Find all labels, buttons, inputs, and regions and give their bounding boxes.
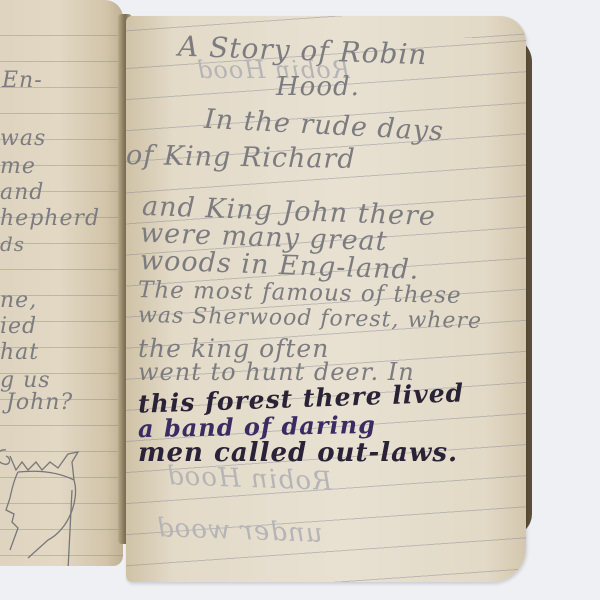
profile-sketch-icon xyxy=(0,440,98,566)
left-fragment: hat xyxy=(0,340,39,365)
left-fragment: hepherd xyxy=(0,206,100,231)
left-fragment: John? xyxy=(6,390,73,415)
left-fragment: ne, xyxy=(0,288,37,313)
bleedthrough-text: under wood xyxy=(156,513,323,549)
story-line-ink: men called out-laws. xyxy=(138,438,458,468)
story-title-line2: Hood. xyxy=(276,72,360,102)
notebook-photo: En- was me and hepherd ds ne, ied hat g … xyxy=(0,0,600,600)
left-fragment: me xyxy=(0,154,36,179)
story-line: of King Richard xyxy=(126,140,356,175)
right-page: Robin Hood Robin Hood under wood A Story… xyxy=(126,16,526,582)
left-fragment: ds xyxy=(0,232,25,256)
left-fragment: ied xyxy=(0,314,37,339)
left-fragment: was xyxy=(0,126,46,151)
left-fragment: En- xyxy=(2,68,43,93)
left-page: En- was me and hepherd ds ne, ied hat g … xyxy=(0,0,123,566)
left-fragment: and xyxy=(0,180,44,205)
